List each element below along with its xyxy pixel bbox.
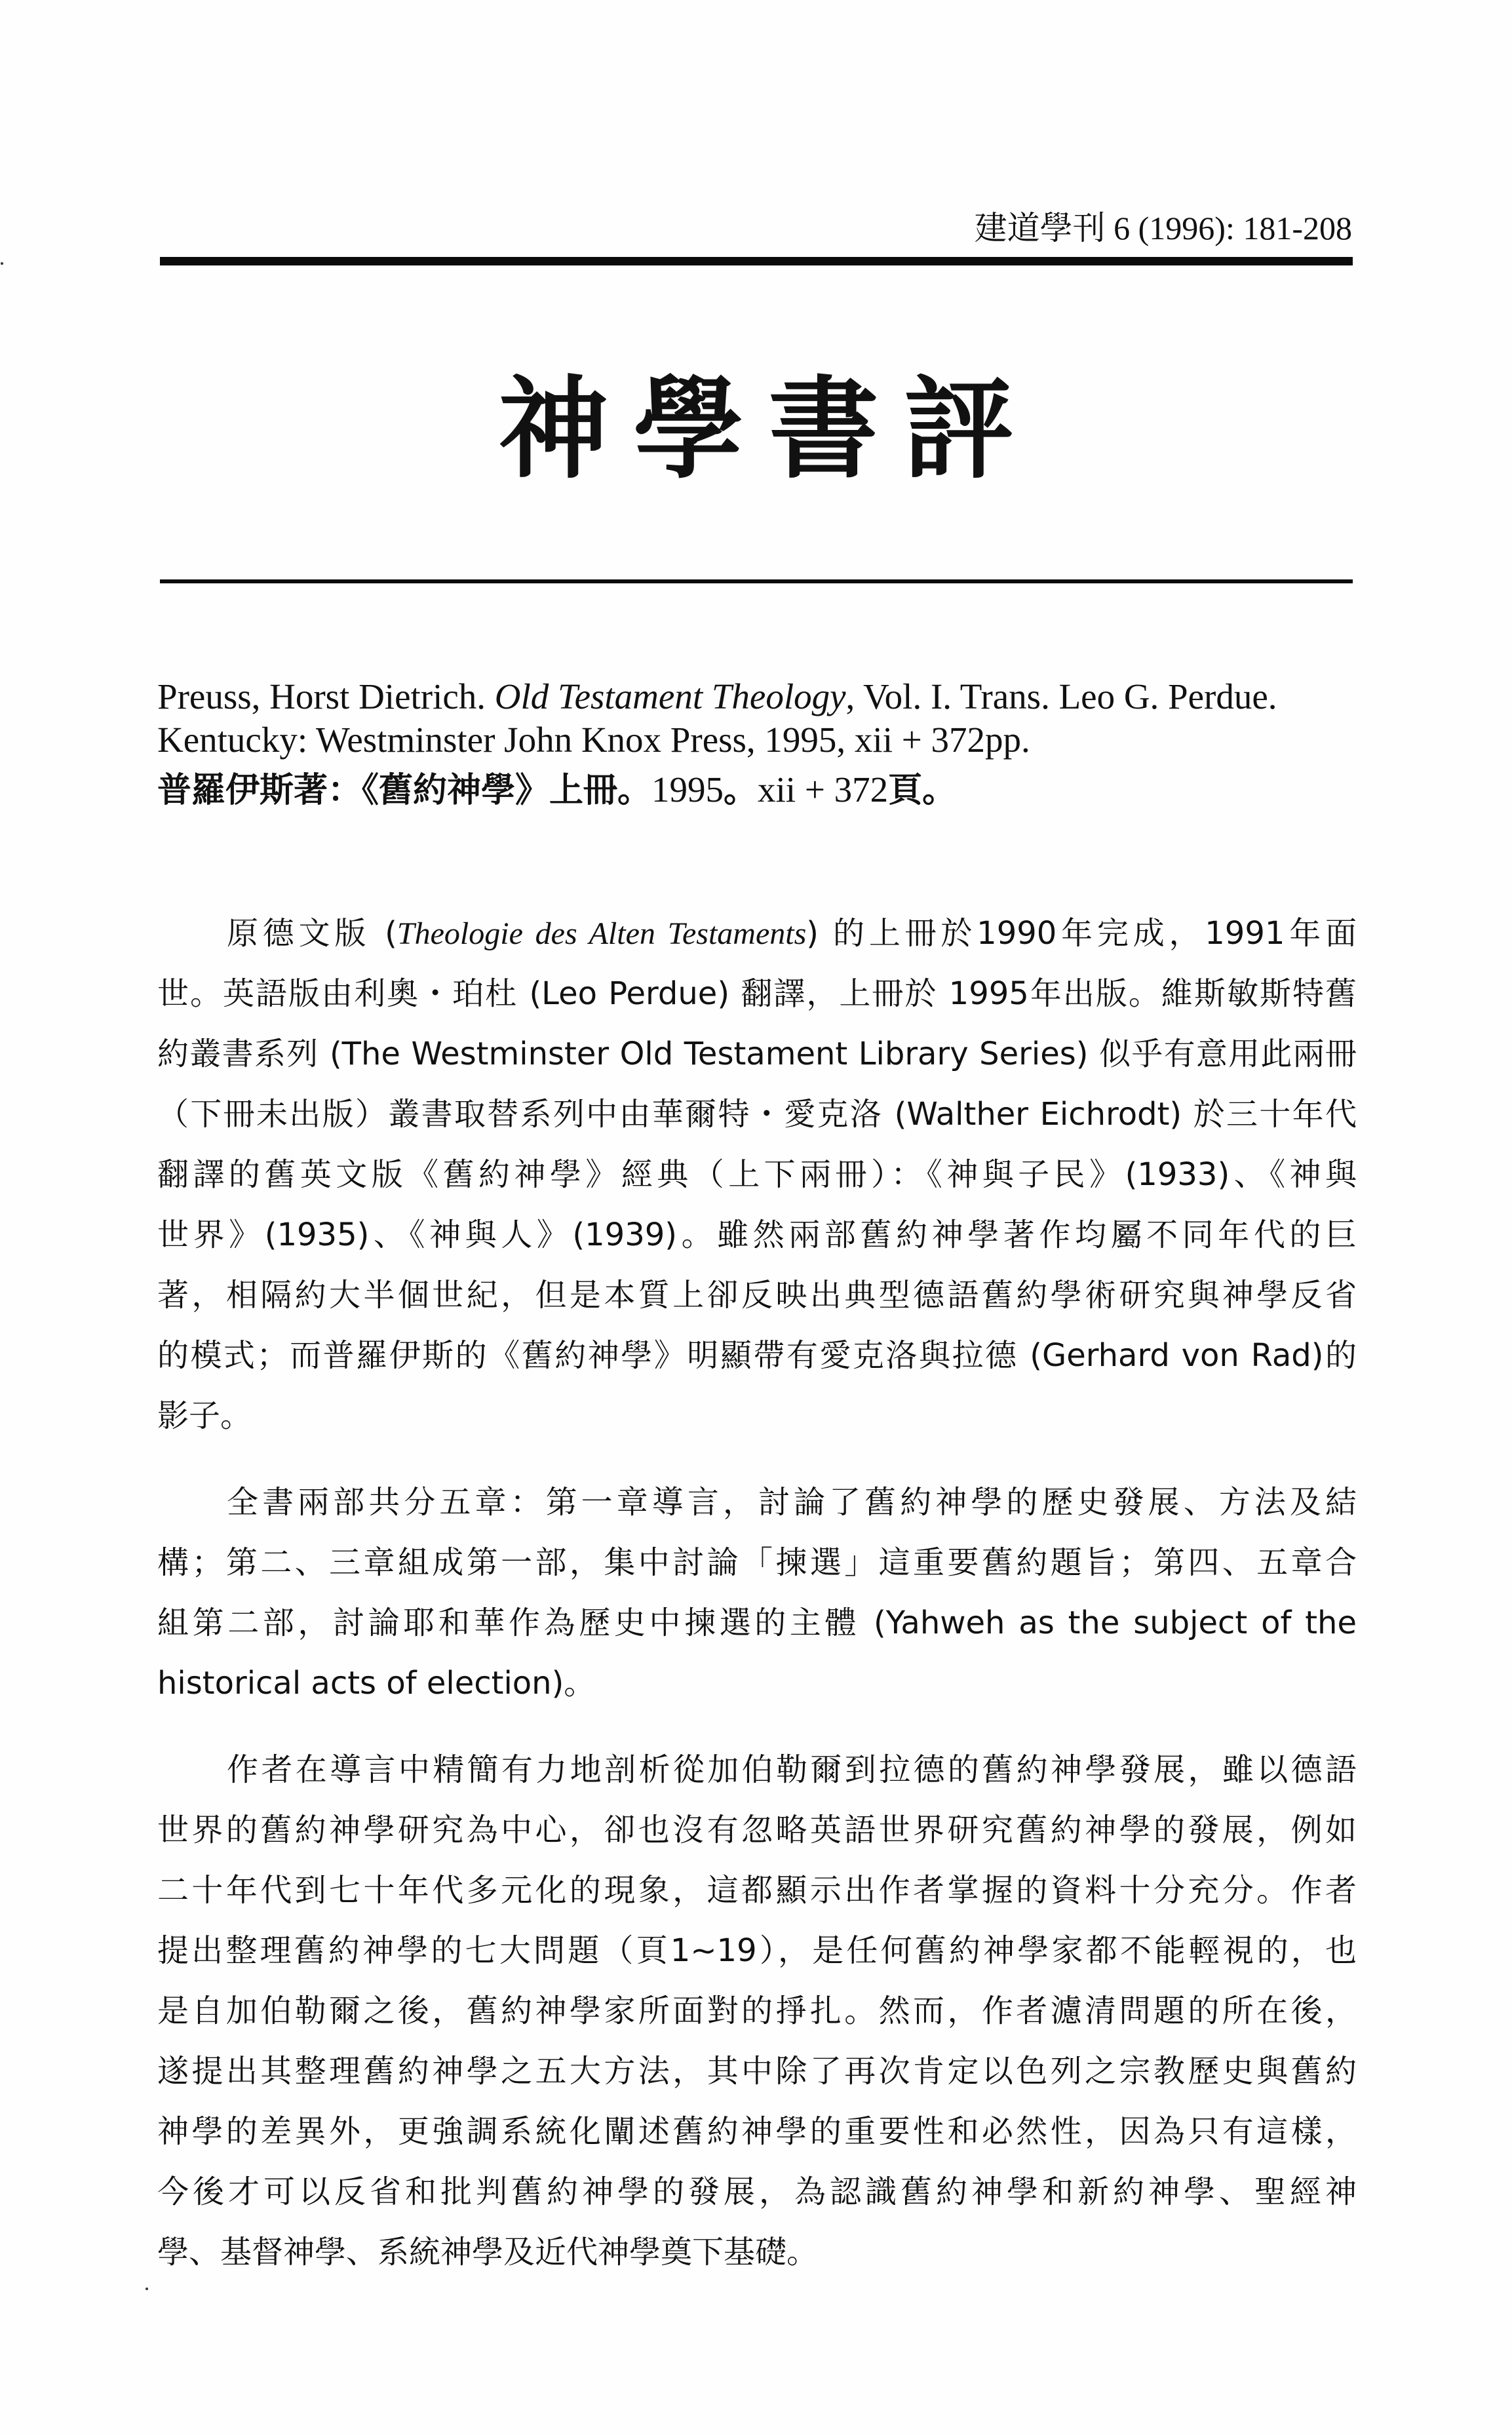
paragraph-line: 著，相隔約大半個世紀，但是本質上卻反映出典型德語舊約學術研究與神學反省	[157, 1265, 1357, 1325]
paragraph-line: 世界》(1935)、《神與人》(1939)。雖然兩部舊約神學著作均屬不同年代的巨	[157, 1205, 1357, 1265]
citation-zh-title: 普羅伊斯著：《舊約神學》上冊。	[157, 771, 651, 810]
paragraph-line: 遂提出其整理舊約神學之五大方法，其中除了再次肯定以色列之宗教歷史與舊約	[157, 2041, 1357, 2101]
paragraph-line: 翻譯的舊英文版《舊約神學》經典（上下兩冊）：《神與子民》(1933)、《神與	[157, 1144, 1357, 1205]
paragraph-line: 組第二部，討論耶和華作為歷史中揀選的主體 (Yahweh as the subj…	[157, 1593, 1357, 1653]
body-paragraph: 原德文版 (Theologie des Alten Testaments) 的上…	[157, 903, 1357, 1446]
header-rule-thick	[160, 257, 1353, 265]
paragraph-line: 今後才可以反省和批判舊約神學的發展，為認識舊約神學和新約神學、聖經神	[157, 2162, 1357, 2222]
scanned-page: 建道學刊 6 (1996): 181-208 神學書評 Preuss, Hors…	[0, 0, 1512, 2435]
scan-speck	[1, 262, 3, 265]
paragraph-line: 原德文版 (Theologie des Alten Testaments) 的上…	[157, 903, 1357, 964]
citation-zh-pages: xii + 372	[758, 769, 888, 809]
citation-line-2: Kentucky: Westminster John Knox Press, 1…	[157, 718, 1357, 762]
paragraph-line: 學、基督神學、系統神學及近代神學奠下基礎。	[157, 2222, 1357, 2282]
citation-chinese-line: 普羅伊斯著：《舊約神學》上冊。1995。xii + 372頁。	[157, 767, 1357, 813]
paragraph-line: 提出整理舊約神學的七大問題（頁1~19），是任何舊約神學家都不能輕視的，也	[157, 1920, 1357, 1981]
citation-zh-separator: 。	[724, 771, 758, 810]
italic-title: Theologie des Alten Testaments	[397, 916, 806, 951]
paragraph-line: 是自加伯勒爾之後，舊約神學家所面對的掙扎。然而，作者濾清問題的所在後，	[157, 1981, 1357, 2041]
paragraph-line: 構；第二、三章組成第一部，集中討論「揀選」這重要舊約題旨；第四、五章合	[157, 1532, 1357, 1593]
paragraph-line: 神學的差異外，更強調系統化闡述舊約神學的重要性和必然性，因為只有這樣，	[157, 2101, 1357, 2162]
paragraph-line: 的模式；而普羅伊斯的《舊約神學》明顯帶有愛克洛與拉德 (Gerhard von …	[157, 1325, 1357, 1386]
paragraph-line: 約叢書系列 (The Westminster Old Testament Lib…	[157, 1024, 1357, 1084]
bibliographic-citation: Preuss, Horst Dietrich. Old Testament Th…	[157, 675, 1357, 813]
scan-speck	[145, 2288, 148, 2290]
title-rule-thin	[160, 579, 1353, 583]
review-body: 原德文版 (Theologie des Alten Testaments) 的上…	[157, 903, 1357, 2308]
paragraph-line: 二十年代到七十年代多元化的現象，這都顯示出作者掌握的資料十分充分。作者	[157, 1860, 1357, 1920]
paragraph-line: 世。英語版由利奧・珀杜 (Leo Perdue) 翻譯，上冊於 1995年出版。…	[157, 964, 1357, 1024]
body-paragraph: 作者在導言中精簡有力地剖析從加伯勒爾到拉德的舊約神學發展，雖以德語世界的舊約神學…	[157, 1740, 1357, 2282]
paragraph-line: 影子。	[157, 1386, 1357, 1446]
citation-line-1: Preuss, Horst Dietrich. Old Testament Th…	[157, 675, 1357, 718]
citation-zh-year: 1995	[651, 769, 724, 809]
citation-zh-suffix: 頁。	[888, 771, 956, 810]
paragraph-line: 作者在導言中精簡有力地剖析從加伯勒爾到拉德的舊約神學發展，雖以德語	[157, 1740, 1357, 1800]
citation-volume-translator: , Vol. I. Trans. Leo G. Perdue.	[846, 676, 1277, 716]
citation-book-title: Old Testament Theology	[495, 676, 846, 716]
citation-author: Preuss, Horst Dietrich.	[157, 676, 495, 716]
journal-running-head: 建道學刊 6 (1996): 181-208	[975, 208, 1352, 248]
paragraph-line: （下冊未出版）叢書取替系列中由華爾特・愛克洛 (Walther Eichrodt…	[157, 1084, 1357, 1144]
section-title: 神學書評	[0, 367, 1512, 492]
paragraph-line: 世界的舊約神學研究為中心，卻也沒有忽略英語世界研究舊約神學的發展，例如	[157, 1800, 1357, 1860]
paragraph-line: 全書兩部共分五章：第一章導言，討論了舊約神學的歷史發展、方法及結	[157, 1472, 1357, 1532]
paragraph-line: historical acts of election)。	[157, 1653, 1357, 1713]
body-paragraph: 全書兩部共分五章：第一章導言，討論了舊約神學的歷史發展、方法及結構；第二、三章組…	[157, 1472, 1357, 1713]
